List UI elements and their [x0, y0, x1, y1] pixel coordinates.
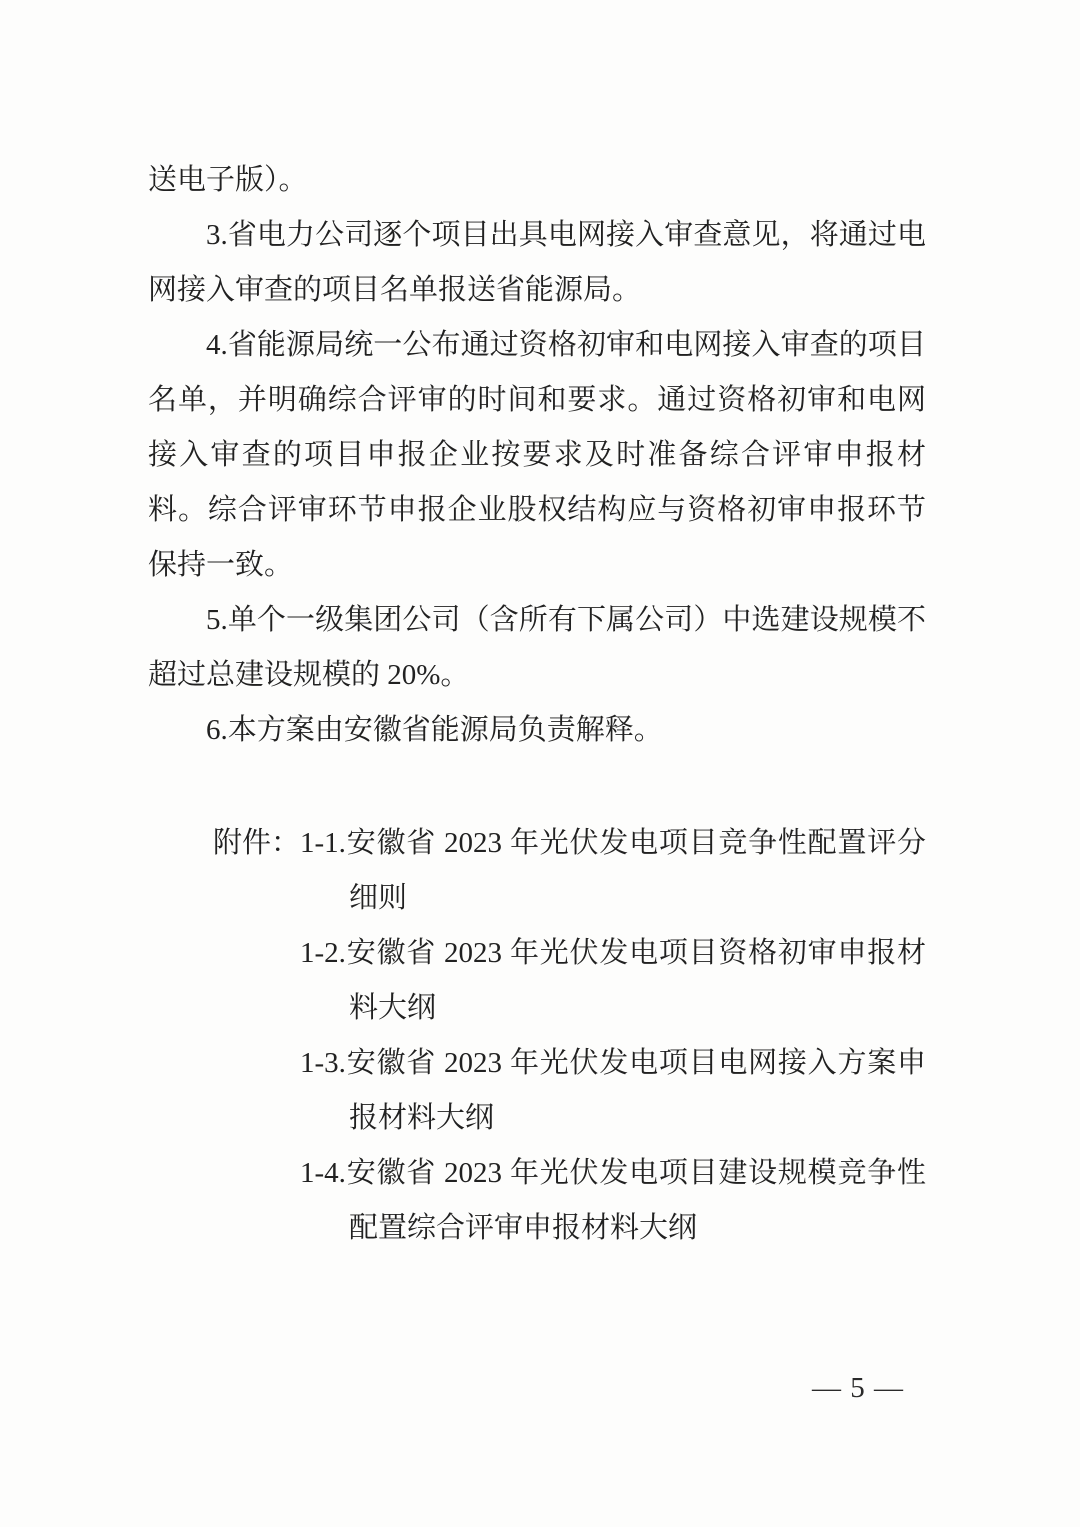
page-number: — 5 — — [812, 1371, 904, 1405]
paragraph-item-3: 3.省电力公司逐个项目出具电网接入审查意见，将通过电网接入审查的项目名单报送省能… — [148, 208, 926, 318]
paragraph-continuation: 送电子版）。 — [148, 153, 926, 208]
attachment-item-1-1: 1-1.安徽省 2023 年光伏发电项目竞争性配置评分细则 — [300, 816, 926, 926]
document-body: 送电子版）。 3.省电力公司逐个项目出具电网接入审查意见，将通过电网接入审查的项… — [148, 153, 926, 1256]
document-page: 送电子版）。 3.省电力公司逐个项目出具电网接入审查意见，将通过电网接入审查的项… — [0, 0, 1080, 1527]
paragraph-item-6: 6.本方案由安徽省能源局负责解释。 — [148, 703, 926, 758]
attachments-section: 附件： 1-1.安徽省 2023 年光伏发电项目竞争性配置评分细则 1-2.安徽… — [148, 816, 926, 1256]
attachment-item-1-4: 1-4.安徽省 2023 年光伏发电项目建设规模竞争性配置综合评审申报材料大纲 — [300, 1146, 926, 1256]
attachment-item-1-3: 1-3.安徽省 2023 年光伏发电项目电网接入方案申报材料大纲 — [300, 1036, 926, 1146]
paragraph-item-4: 4.省能源局统一公布通过资格初审和电网接入审查的项目名单，并明确综合评审的时间和… — [148, 318, 926, 593]
paragraph-item-5: 5.单个一级集团公司（含所有下属公司）中选建设规模不超过总建设规模的 20%。 — [148, 593, 926, 703]
attachment-item-1-2: 1-2.安徽省 2023 年光伏发电项目资格初审申报材料大纲 — [300, 926, 926, 1036]
attachments-label: 附件： — [148, 816, 300, 1256]
attachments-list: 1-1.安徽省 2023 年光伏发电项目竞争性配置评分细则 1-2.安徽省 20… — [300, 816, 926, 1256]
